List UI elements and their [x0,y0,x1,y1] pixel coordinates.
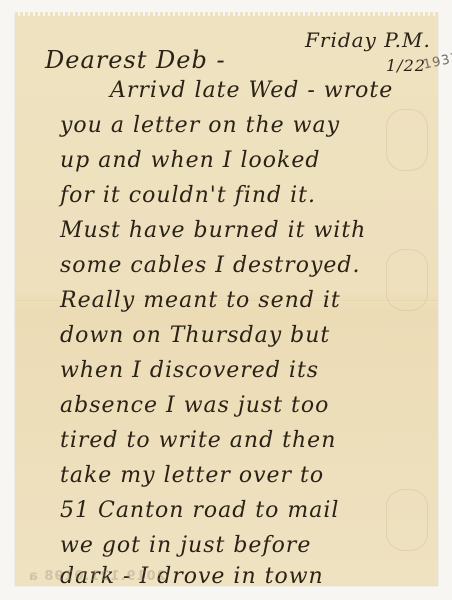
bleed-through-archive-number: 2019.121.0198 a [28,569,166,584]
letter-line: Arrivd late Wed - wrote [110,78,393,103]
perforated-edge [15,12,438,16]
embossed-seal-mark [386,489,428,551]
letter-line: we got in just before [60,533,311,558]
letter-line: Must have burned it with [60,218,366,243]
letter-line: when I discovered its [60,358,319,383]
letter-line: take my letter over to [60,463,324,488]
letter-line: down on Thursday but [60,323,330,348]
letter-line: absence I was just too [60,393,329,418]
letter-line: tired to write and then [60,428,336,453]
letter-line: Really meant to send it [60,288,341,313]
letter-line: up and when I looked [60,148,320,173]
embossed-seal-mark [386,249,428,311]
letter-line: some cables I destroyed. [60,253,360,278]
letter-line: for it couldn't find it. [60,183,316,208]
scanned-document: Friday P.M. 1/22 1937 Dearest Deb - Arri… [0,0,452,600]
embossed-seal-mark [386,109,428,171]
letter-day: Friday P.M. [305,28,431,52]
letter-date: 1/22 [386,56,426,75]
letter-line: you a letter on the way [60,113,340,138]
letter-greeting: Dearest Deb - [45,46,226,74]
letter-line: 51 Canton road to mail [60,498,339,523]
year-annotation: 1937 [422,50,452,72]
letter-page: Friday P.M. 1/22 1937 Dearest Deb - Arri… [15,14,438,586]
